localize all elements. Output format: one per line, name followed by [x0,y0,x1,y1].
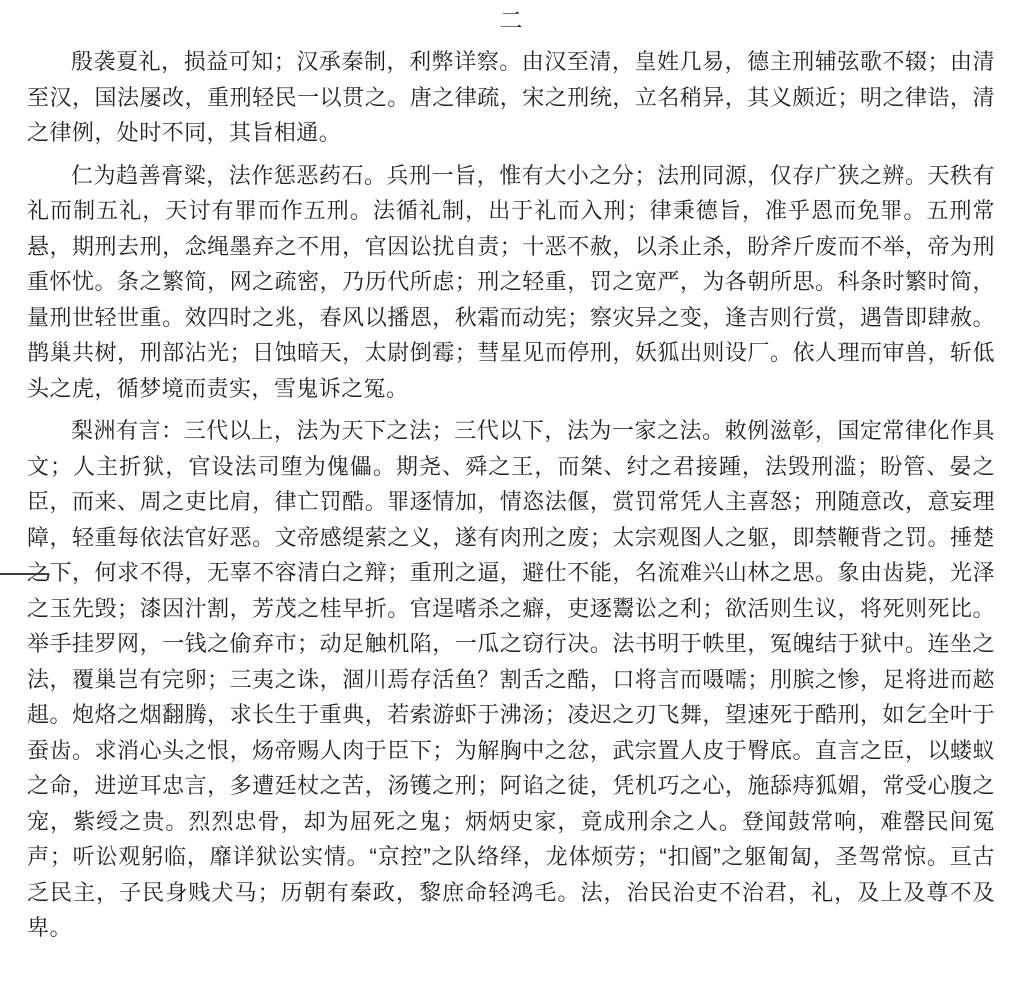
page-edge-mark [0,573,49,580]
page-edge-mark-line [0,573,49,575]
section-number-heading: 二 [27,5,995,35]
paragraph-2: 仁为趋善膏粱，法作惩恶药石。兵刑一旨，惟有大小之分；法刑同源，仅存广狭之辨。天秩… [27,158,995,407]
paragraph-1: 殷袭夏礼，损益可知；汉承秦制，利弊详察。由汉至清，皇姓几易，德主刑辅弦歌不辍；由… [27,44,995,151]
paragraph-3: 梨洲有言：三代以上，法为天下之法；三代以下，法为一家之法。敕例滋彰，国定常律化作… [27,413,995,946]
document-page: 二 殷袭夏礼，损益可知；汉承秦制，利弊详察。由汉至清，皇姓几易，德主刑辅弦歌不辍… [0,0,1024,1001]
